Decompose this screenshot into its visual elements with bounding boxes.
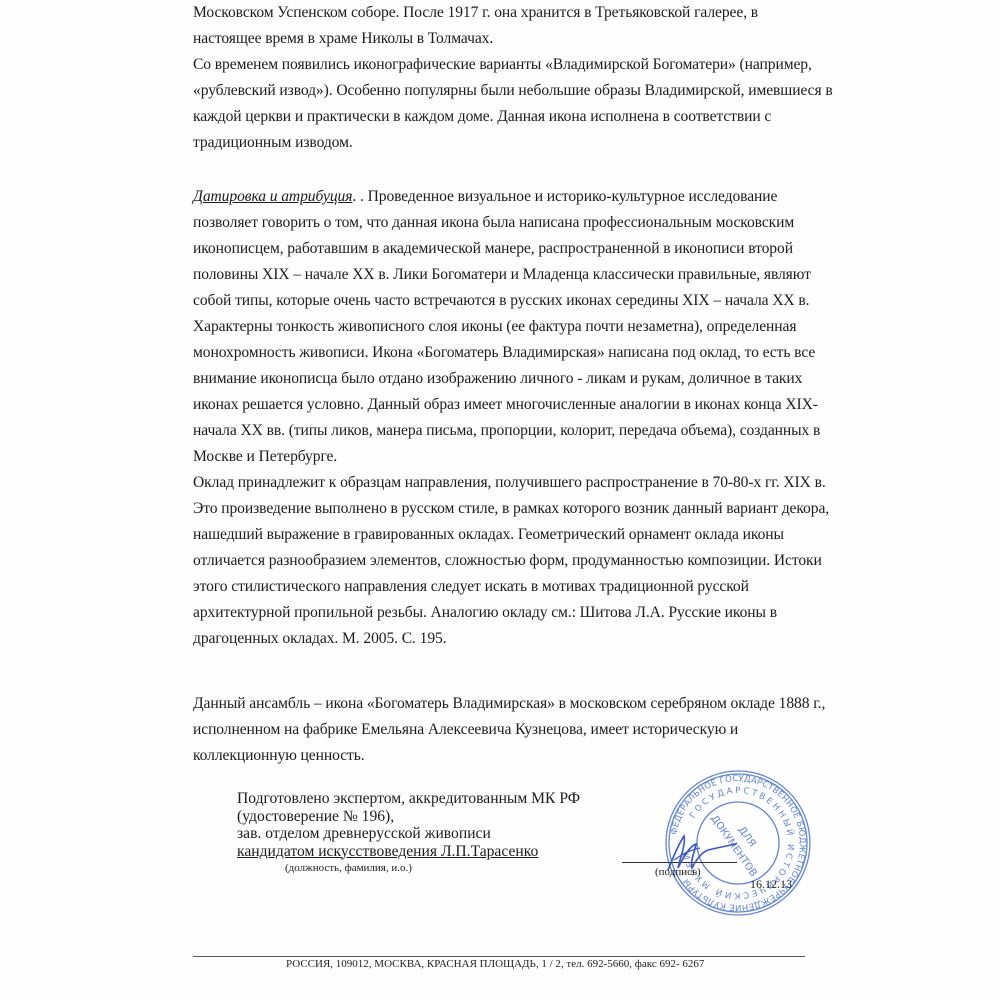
prepared-by-line: Подготовлено экспертом, аккредитованным … bbox=[237, 790, 580, 808]
text-line: Это произведение выполнено в русском сти… bbox=[193, 496, 853, 522]
text-line: коллекционную ценность. bbox=[193, 743, 853, 769]
paragraph-conclusion: Данный ансамбль – икона «Богоматерь Влад… bbox=[193, 691, 853, 769]
text-line: иконописцем, работавшим в академической … bbox=[193, 236, 853, 262]
text-line: исполненном на фабрике Емельяна Алексеев… bbox=[193, 717, 853, 743]
section-heading: Датировка и атрибуция bbox=[193, 188, 352, 205]
text-line: драгоценных окладах. М. 2005. С. 195. bbox=[193, 626, 853, 652]
text-line: Со временем появились иконографические в… bbox=[193, 52, 853, 78]
heading-suffix: . . Проведенное визуальное и историко-ку… bbox=[352, 188, 777, 205]
footer-divider bbox=[193, 956, 805, 957]
text-line: Характерны тонкость живописного слоя ико… bbox=[193, 314, 853, 340]
expert-name-line: кандидатом искусствоведения Л.П.Тарасенк… bbox=[237, 843, 580, 861]
text-line: Москве и Петербурге. bbox=[193, 444, 853, 470]
section-heading-line: Датировка и атрибуция. . Проведенное виз… bbox=[193, 184, 853, 210]
text-line: Московском Успенском соборе. После 1917 … bbox=[193, 0, 853, 26]
text-line: архитектурной пропильной резьбы. Аналоги… bbox=[193, 600, 853, 626]
text-line: «рублевский извод»). Особенно популярны … bbox=[193, 78, 853, 104]
text-line: позволяет говорить о том, что данная ико… bbox=[193, 210, 853, 236]
text-line: половины XIX – начале XX в. Лики Богомат… bbox=[193, 262, 853, 288]
signature-date: 16.12.13 bbox=[750, 877, 792, 892]
text-line: традиционным изводом. bbox=[193, 130, 853, 156]
document-page: Московском Успенском соборе. После 1917 … bbox=[0, 0, 1000, 1000]
section-dating-attribution: Датировка и атрибуция. . Проведенное виз… bbox=[193, 184, 853, 470]
text-line: нашедший выражение в гравированных оклад… bbox=[193, 522, 853, 548]
text-line: Оклад принадлежит к образцам направления… bbox=[193, 470, 853, 496]
text-line: иконах решается условно. Данный образ им… bbox=[193, 392, 853, 418]
text-line: монохромность живописи. Икона «Богоматер… bbox=[193, 340, 853, 366]
expert-signature-block: Подготовлено экспертом, аккредитованным … bbox=[237, 790, 580, 860]
text-line: внимание иконописца было отдано изображе… bbox=[193, 366, 853, 392]
text-line: этого стилистического направления следуе… bbox=[193, 574, 853, 600]
text-line: каждой церкви и практически в каждом дом… bbox=[193, 104, 853, 130]
paragraph-intro: Московском Успенском соборе. После 1917 … bbox=[193, 0, 853, 52]
paragraph-oklad: Оклад принадлежит к образцам направления… bbox=[193, 470, 853, 652]
text-line: начала XX вв. (типы ликов, манера письма… bbox=[193, 418, 853, 444]
certificate-line: (удостоверение № 196), bbox=[237, 808, 580, 826]
text-line: отличается разнообразием элементов, слож… bbox=[193, 548, 853, 574]
department-line: зав. отделом древнерусской живописи bbox=[237, 825, 580, 843]
position-caption: (должность, фамилия, и.о.) bbox=[285, 862, 412, 874]
text-line: Данный ансамбль – икона «Богоматерь Влад… bbox=[193, 691, 853, 717]
signature-caption: (подпись) bbox=[655, 866, 701, 878]
text-line: собой типы, которые очень часто встречаю… bbox=[193, 288, 853, 314]
text-line: настоящее время в храме Николы в Толмача… bbox=[193, 26, 853, 52]
footer-address: РОССИЯ, 109012, МОСКВА, КРАСНАЯ ПЛОЩАДЬ,… bbox=[286, 958, 704, 970]
paragraph-variants: Со временем появились иконографические в… bbox=[193, 52, 853, 156]
